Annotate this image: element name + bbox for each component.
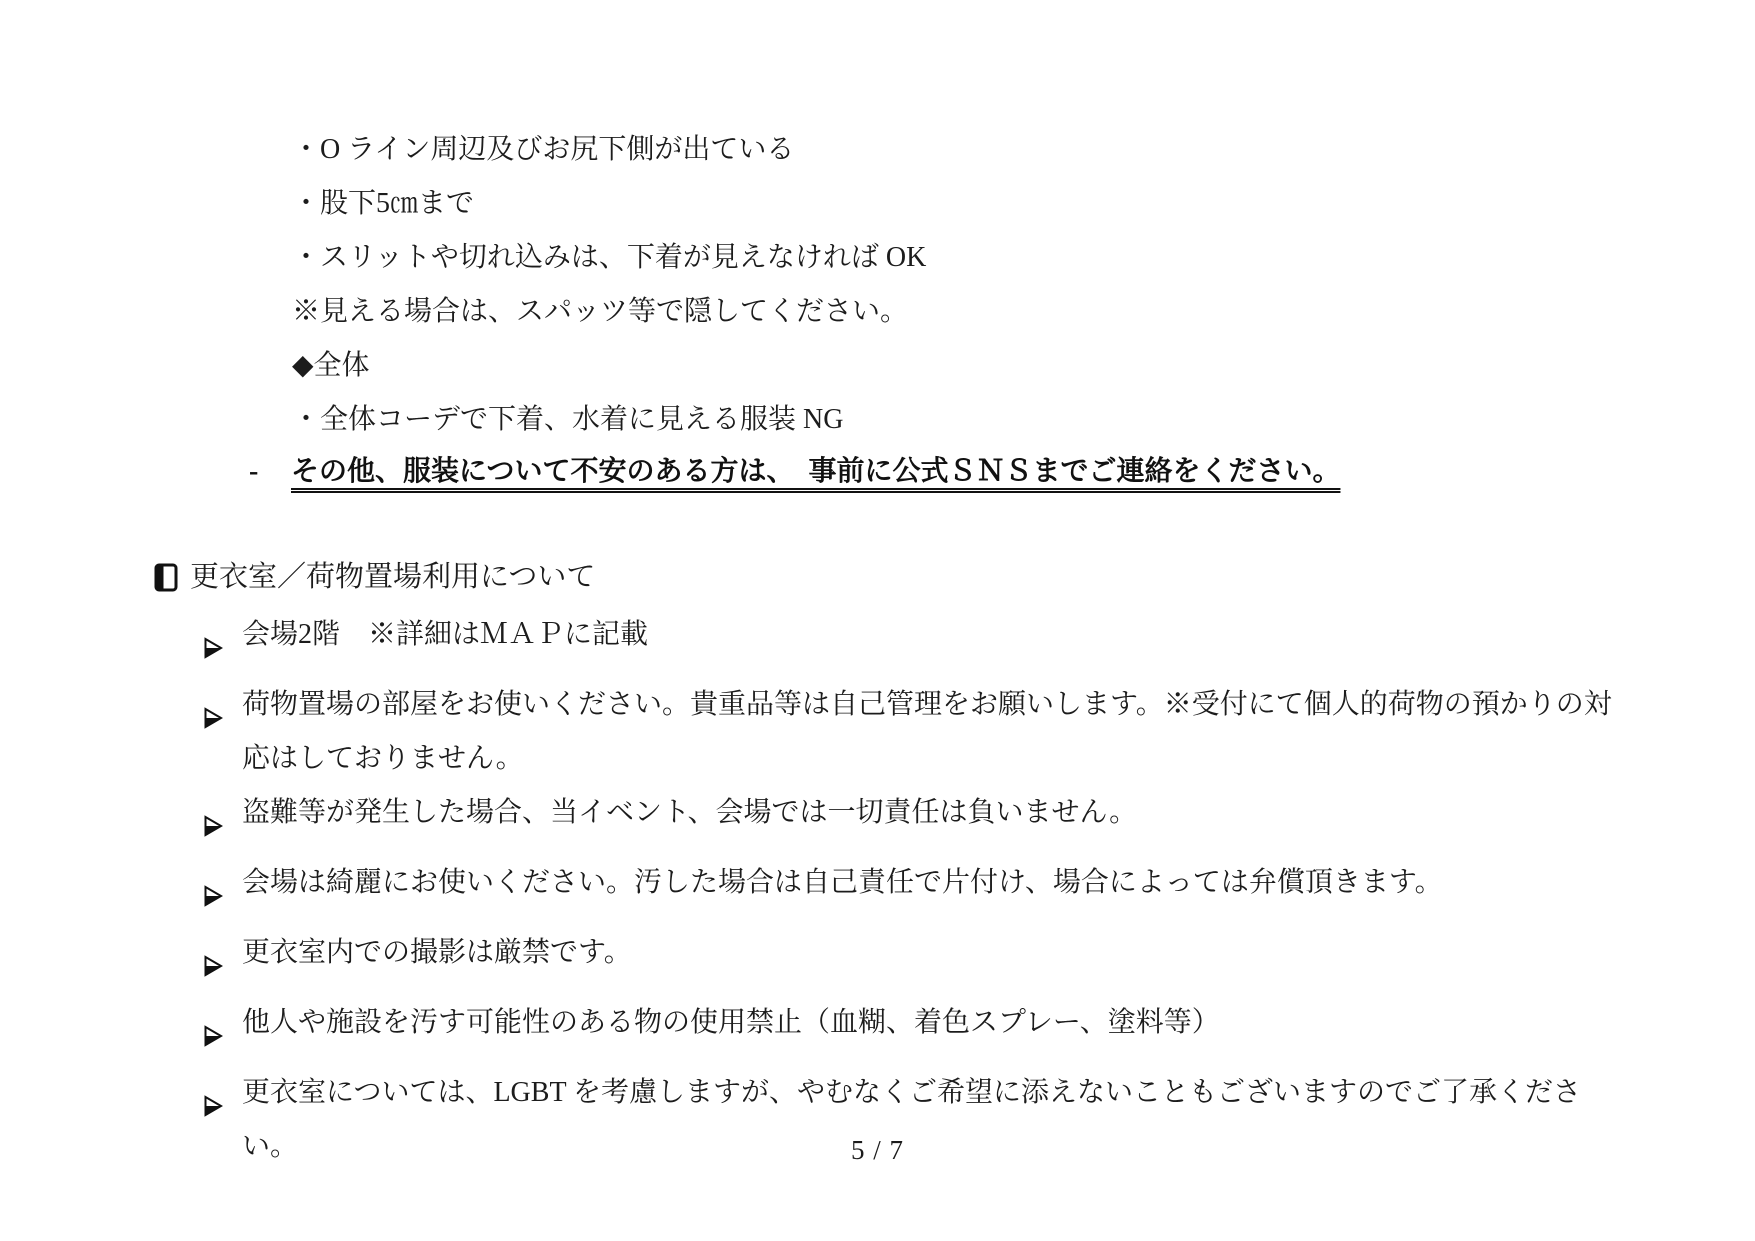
dress-code-item: ・股下5㎝まで [292, 177, 926, 231]
dress-code-item: ◆全体 [292, 339, 926, 393]
dress-code-note: - その他、服装について不安のある方は、 事前に公式ＳＮＳまでご連絡をください。 [249, 445, 1340, 499]
section-title: 更衣室／荷物置場利用について [190, 550, 595, 604]
arrowhead-right-icon [204, 1066, 242, 1136]
document-page: ・O ライン周辺及びお尻下側が出ている ・股下5㎝まで ・スリットや切れ込みは、… [0, 0, 1755, 1241]
list-item-text: 更衣室内での撮影は厳禁です。 [242, 926, 1634, 980]
arrowhead-right-icon [204, 996, 242, 1066]
list-item-text: 盗難等が発生した場合、当イベント、会場では一切責任は負いません。 [242, 786, 1634, 840]
dress-code-item: ・スリットや切れ込みは、下着が見えなければ OK [292, 231, 926, 285]
list-item: 盗難等が発生した場合、当イベント、会場では一切責任は負いません。 [204, 786, 1634, 856]
list-item: 他人や施設を汚す可能性のある物の使用禁止（血糊、着色スプレー、塗料等） [204, 996, 1634, 1066]
dress-code-item: ※見える場合は、スパッツ等で隠してください。 [292, 285, 926, 339]
note-text: その他、服装について不安のある方は、 事前に公式ＳＮＳまでご連絡をください。 [291, 445, 1340, 499]
list-item-text: 他人や施設を汚す可能性のある物の使用禁止（血糊、着色スプレー、塗料等） [242, 996, 1634, 1050]
list-item: 会場2階 ※詳細はＭＡＰに記載 [204, 608, 1634, 678]
list-item: 荷物置場の部屋をお使いください。貴重品等は自己管理をお願いします。※受付にて個人… [204, 678, 1634, 786]
list-item-text: 荷物置場の部屋をお使いください。貴重品等は自己管理をお願いします。※受付にて個人… [242, 678, 1634, 786]
arrowhead-right-icon [204, 926, 242, 996]
note-dash-marker: - [249, 445, 291, 499]
section-header-changing-room: 更衣室／荷物置場利用について [154, 550, 595, 604]
dress-code-item: ・O ライン周辺及びお尻下側が出ている [292, 123, 926, 177]
list-item-text: 会場2階 ※詳細はＭＡＰに記載 [242, 608, 1634, 662]
page-number: 5 / 7 [0, 1128, 1755, 1172]
list-item-text: 会場は綺麗にお使いください。汚した場合は自己責任で片付け、場合によっては弁償頂き… [242, 856, 1634, 910]
arrowhead-right-icon [204, 608, 242, 678]
arrowhead-right-icon [204, 786, 242, 856]
dress-code-item: ・全体コーデで下着、水着に見える服装 NG [292, 393, 926, 447]
list-item: 会場は綺麗にお使いください。汚した場合は自己責任で片付け、場合によっては弁償頂き… [204, 856, 1634, 926]
checkbox-icon [154, 563, 178, 592]
arrowhead-right-icon [204, 856, 242, 926]
list-item: 更衣室内での撮影は厳禁です。 [204, 926, 1634, 996]
dress-code-list: ・O ライン周辺及びお尻下側が出ている ・股下5㎝まで ・スリットや切れ込みは、… [292, 123, 926, 447]
arrowhead-right-icon [204, 678, 242, 748]
changing-room-rule-list: 会場2階 ※詳細はＭＡＰに記載 荷物置場の部屋をお使いください。貴重品等は自己管… [204, 608, 1634, 1174]
